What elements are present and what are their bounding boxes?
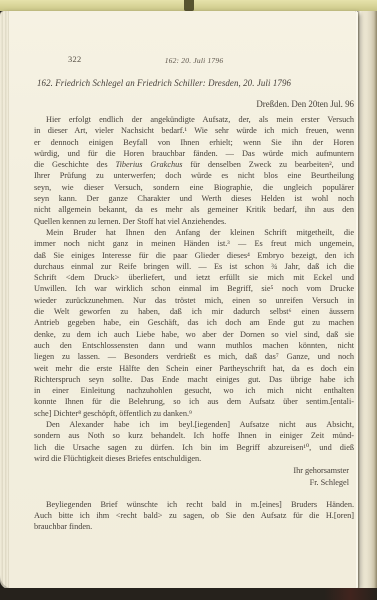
letter-text-column: Hier erfolgt endlich der angekündigte Au… [34,114,354,533]
body-line: seyn, wie dieser Versuch, sondern eine B… [34,182,354,193]
body-line: Den Alexander habe ich im beyl.[iegenden… [34,419,354,430]
body-line: konnte Ihnen für die Belehrung, so ich a… [34,396,354,407]
body-line-text: konnte Ihnen für die Belehrung, so ich a… [34,397,354,406]
postscript-line-text: brauchbar finden. [34,522,92,531]
body-line-text: Richterspruch seyn sollte. Das Ende mach… [34,375,354,384]
body-line: lich die Ursache sagen zu dürfen. Ich bi… [34,442,354,453]
body-line: wieder zurückzunehmen. Nur das tröstet m… [34,295,354,306]
body-line: er dennoch einigen Beyfall von Ihnen erh… [34,137,354,148]
running-head: 162: 20. Juli 1796 [34,56,354,65]
signature-name: Fr. Schlegel [34,477,349,488]
body-line-text: denke, zu dem ich auch Liebe habe, wo ab… [34,330,354,339]
body-line: würdig, und für die Horen brauchbar fänd… [34,148,354,159]
body-line-text: die Geschichte des [34,160,115,169]
body-line-text: Den Alexander habe ich im beyl.[iegenden… [46,420,354,429]
letter-body: Hier erfolgt endlich der angekündigte Au… [34,114,354,464]
postscript-line: Auch bitte ich ihm <recht bald> zu sagen… [34,510,354,521]
body-line: Schrift <dem Druck> überliefert, und iet… [34,272,354,283]
body-line: Antrieb gegeben habe, ein Geschäft, das … [34,317,354,328]
body-line-text: weit mehr die erste Hälfte den Schein ei… [34,364,354,373]
body-line: nicht allgemein bekannt, da es mehr als … [34,204,354,215]
body-line-text: durchaus einmal zur Reife bringen will. … [34,262,354,271]
body-line: wird die Flüchtigkeit dieses Briefes ent… [34,453,354,464]
body-line-text: sondern aus Noth so kurz behandelt. Ich … [34,431,354,440]
postscript-line: Beyliegenden Brief wünschte ich recht ba… [34,499,354,510]
body-line: in einer Einleitung nachzuhohlen gesucht… [34,385,354,396]
signature-closing: Ihr gehorsamster [34,465,349,476]
postscript-line-text: Auch bitte ich ihm <recht bald> zu sagen… [34,511,354,520]
book-bottom-edge [0,588,377,600]
body-line-text: Hier erfolgt endlich der angekündigte Au… [46,115,354,124]
body-line: sche] Dichter⁸ geschöpft, öffentlich zu … [34,408,354,419]
body-line-text: liegen zu lassen. — Besonders verdrießt … [34,352,354,361]
body-line-text: Mein Bruder hat Ihnen den Anfang der kle… [46,228,354,237]
letter-page: 322 162: 20. Juli 1796 162. Friedrich Sc… [0,11,358,589]
body-line-text: die Welt geworfen zu haben, daß ich mir … [34,307,354,316]
body-line-text: wieder zurückzunehmen. Nur das tröstet m… [34,296,354,305]
body-line-text: sche] Dichter⁸ geschöpft, öffentlich zu … [34,409,192,418]
body-line-text: Quellen kennen zu lernen. Der Stoff hat … [34,217,226,226]
body-line: immer noch nicht ganz in meinen Händen i… [34,238,354,249]
body-line-text: auch den Entschlossensten dann und wann … [34,341,354,350]
body-line: denke, zu dem ich auch Liebe habe, wo ab… [34,329,354,340]
body-line-italic: Tiberius Grakchus [115,160,182,169]
body-line-text: Schrift <dem Druck> überliefert, und iet… [34,273,354,282]
body-line-text: Unwillen. Ich war wirklich schon einmal … [34,284,354,293]
body-line-text: seyn kann. Der ganze Charakter und Werth… [34,194,354,203]
body-line: in dieser Art, vieler Nachsicht bedarf.¹… [34,125,354,136]
body-line-text: in einer Einleitung nachzuhohlen gesucht… [34,386,354,395]
body-line-text: für denselben Zweck zu bearbeiten², und [182,160,354,169]
body-line-text: wird die Flüchtigkeit dieses Briefes ent… [34,454,201,463]
body-line-text: nicht allgemein bekannt, da es mehr als … [34,205,354,214]
body-line-text: immer noch nicht ganz in meinen Händen i… [34,239,354,248]
letter-title: 162. Friedrich Schlegel an Friedrich Sch… [37,78,367,88]
body-line: Hier erfolgt endlich der angekündigte Au… [34,114,354,125]
body-line: die Geschichte des Tiberius Grakchus für… [34,159,354,170]
body-line-text: Antrieb gegeben habe, ein Geschäft, das … [34,318,354,327]
body-line: die Welt geworfen zu haben, daß ich mir … [34,306,354,317]
body-line: weit mehr die erste Hälfte den Schein ei… [34,363,354,374]
signature-block: Ihr gehorsamster Fr. Schlegel [34,465,354,488]
dateline: Dreßden. Den 20ten Jul. 96 [34,99,354,109]
body-line: durchaus einmal zur Reife bringen will. … [34,261,354,272]
body-line-text: er dennoch einigen Beyfall von Ihnen erh… [34,138,354,147]
body-line: sondern aus Noth so kurz behandelt. Ich … [34,430,354,441]
body-line: auch den Entschlossensten dann und wann … [34,340,354,351]
body-line-text: in dieser Art, vieler Nachsicht bedarf.¹… [34,126,354,135]
page-header: 322 162: 20. Juli 1796 [0,55,377,67]
binding-mark [184,0,194,11]
body-line: seyn kann. Der ganze Charakter und Werth… [34,193,354,204]
body-line: daß Sie einiges Interesse für die paar G… [34,250,354,261]
body-line: Ihrer Prüfung zu unterwerfen; doch würde… [34,170,354,181]
body-line: Quellen kennen zu lernen. Der Stoff hat … [34,216,354,227]
book-scan: 322 162: 20. Juli 1796 162. Friedrich Sc… [0,0,377,600]
body-line-text: Ihrer Prüfung zu unterwerfen; doch würde… [34,171,354,180]
body-line: Unwillen. Ich war wirklich schon einmal … [34,283,354,294]
body-line-text: daß Sie einiges Interesse für die paar G… [34,251,354,260]
body-line-text: würdig, und für die Horen brauchbar fänd… [34,149,354,158]
next-page-fore-edge [358,11,377,589]
postscript: Beyliegenden Brief wünschte ich recht ba… [34,499,354,533]
postscript-line: brauchbar finden. [34,521,354,532]
postscript-line-text: Beyliegenden Brief wünschte ich recht ba… [46,500,354,509]
body-line: liegen zu lassen. — Besonders verdrießt … [34,351,354,362]
body-line-text: lich die Ursache sagen zu dürfen. Ich bi… [34,443,354,452]
body-line: Mein Bruder hat Ihnen den Anfang der kle… [34,227,354,238]
body-line-text: seyn, wie dieser Versuch, sondern eine B… [34,183,354,192]
body-line: Richterspruch seyn sollte. Das Ende mach… [34,374,354,385]
